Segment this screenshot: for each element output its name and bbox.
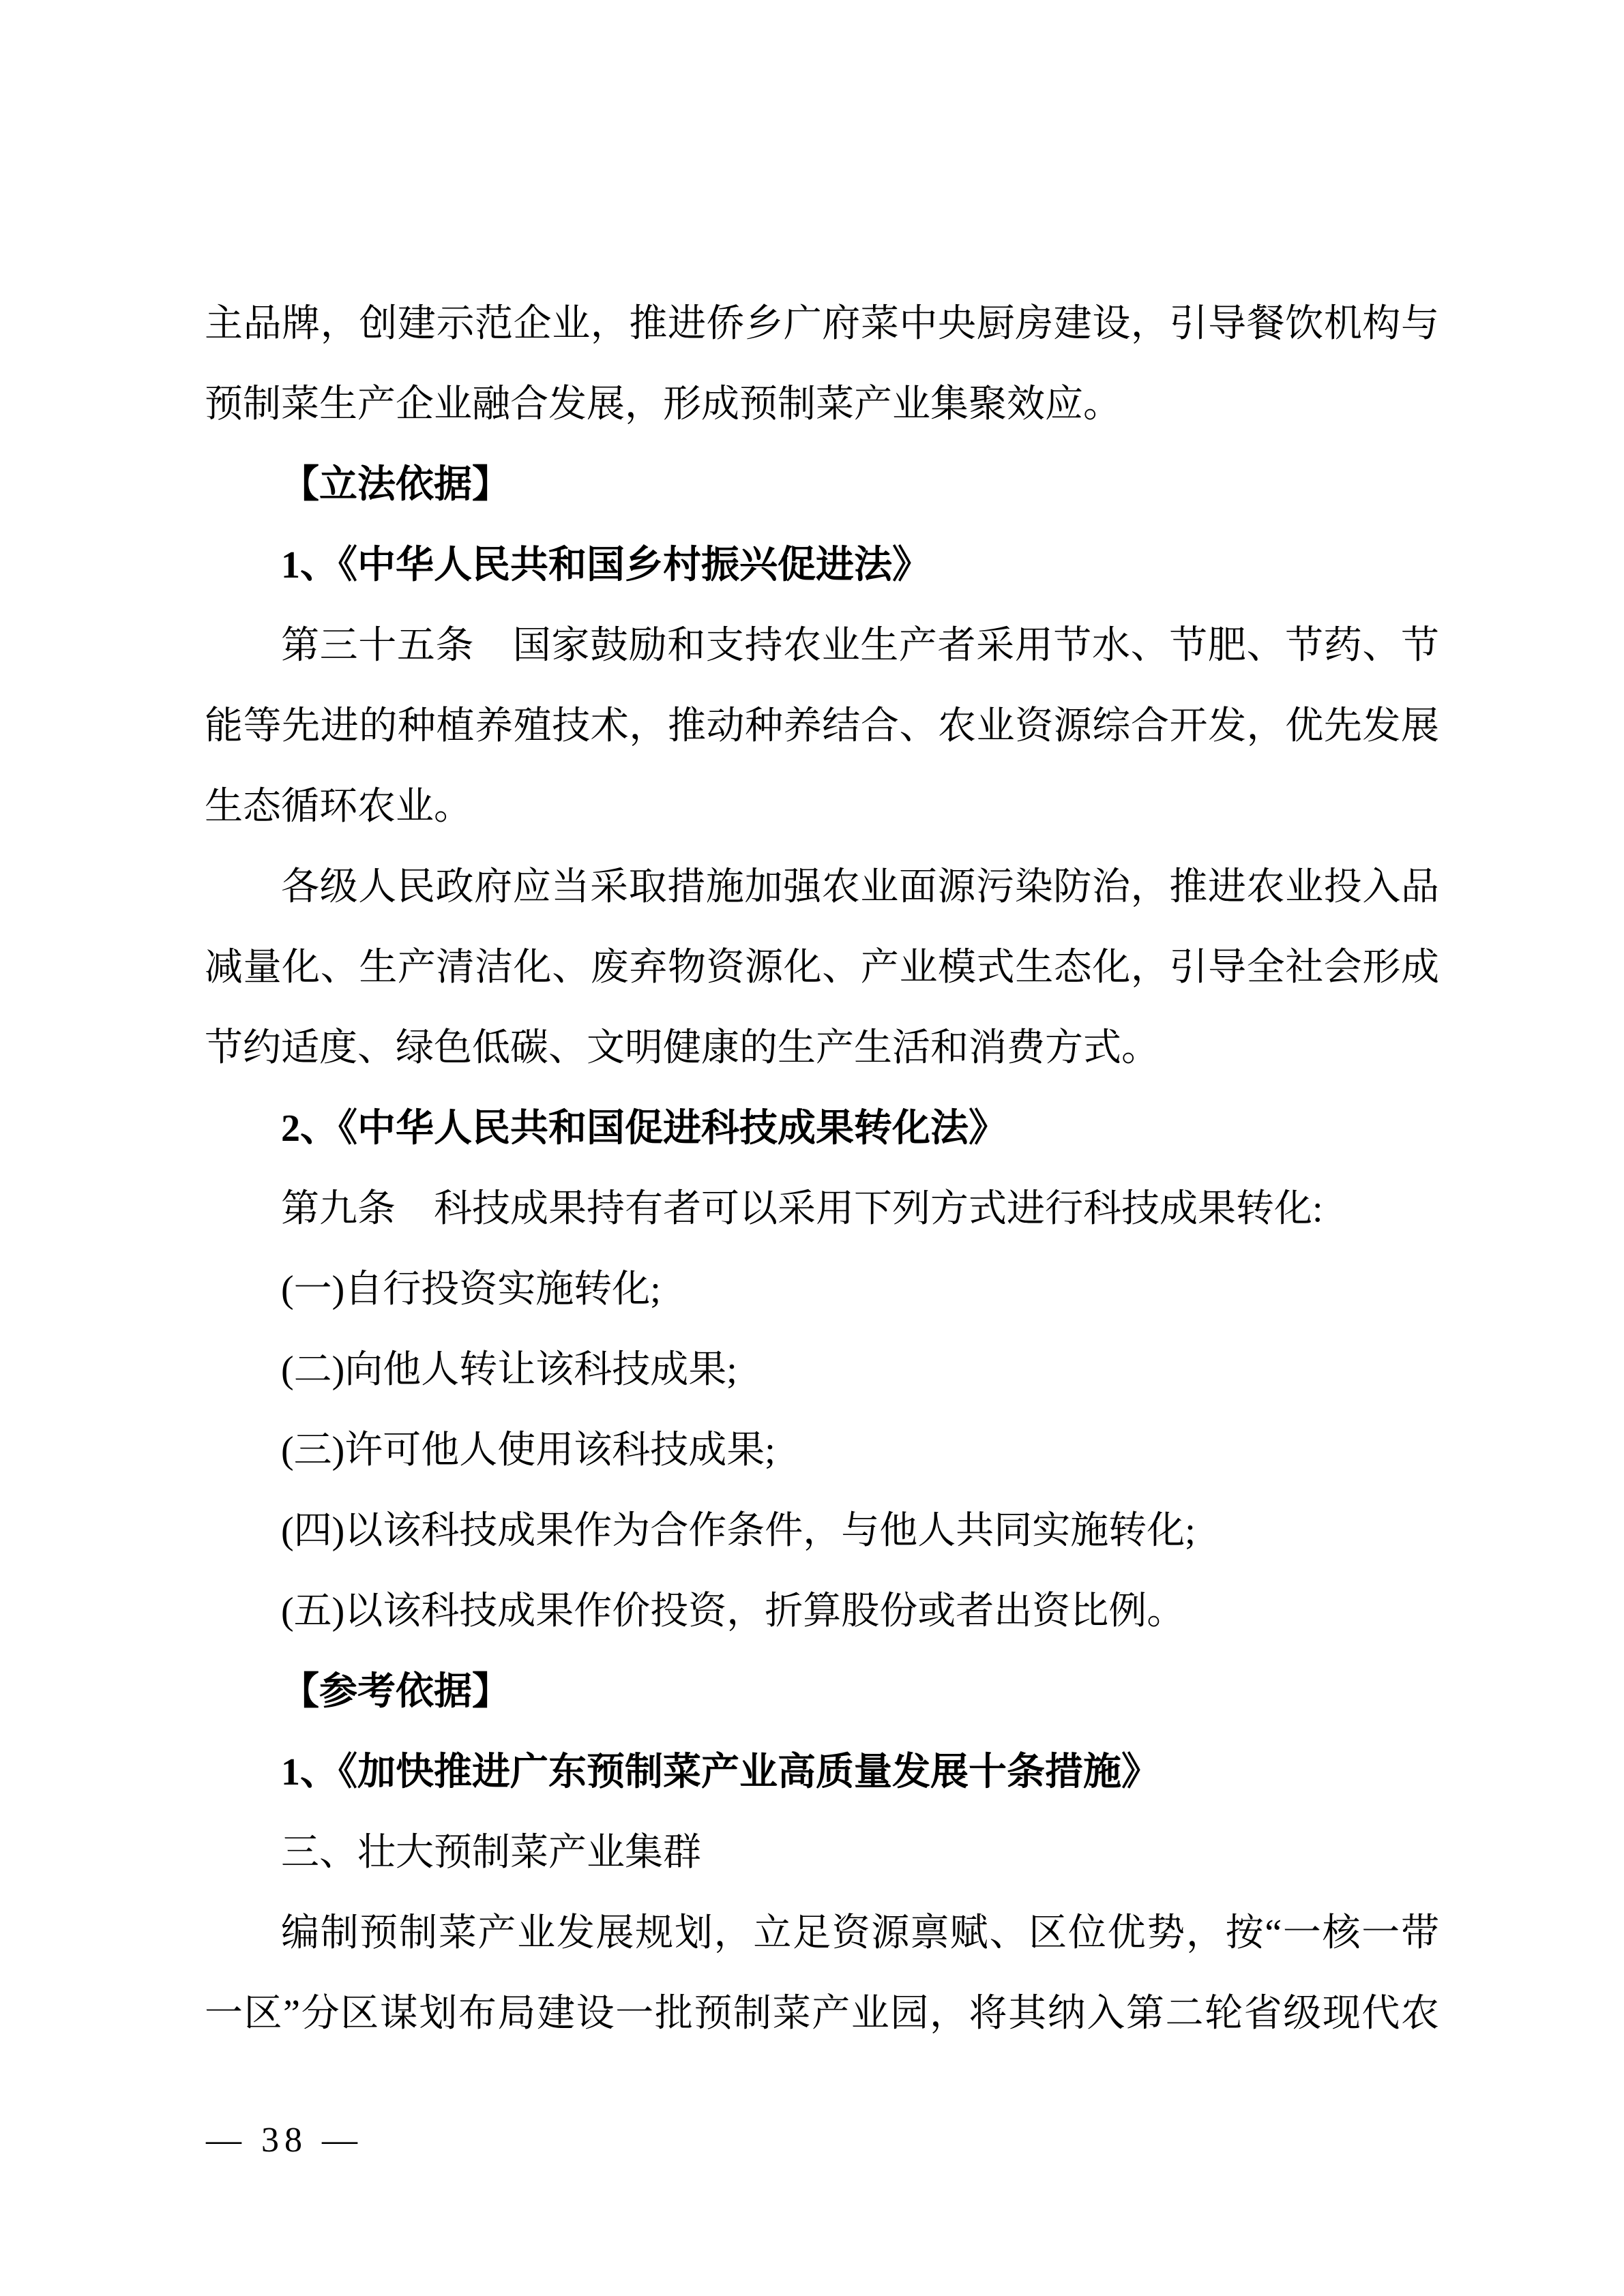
reference-1-paragraph-line-2: 一区”分区谋划布局建设一批预制菜产业园，将其纳入第二轮省级现代农	[205, 1973, 1439, 2054]
law-1-paragraph-2-line-1: 各级人民政府应当采取措施加强农业面源污染防治，推进农业投入品	[205, 847, 1439, 927]
law-1-paragraph-2-line-2: 减量化、生产清洁化、废弃物资源化、产业模式生态化，引导全社会形成	[205, 927, 1439, 1008]
intro-paragraph-line-1: 主品牌，创建示范企业，推进侨乡广府菜中央厨房建设，引导餐饮机构与	[205, 284, 1439, 364]
article-35-line-1: 第三十五条 国家鼓励和支持农业生产者采用节水、节肥、节药、节	[205, 606, 1439, 686]
article-9-intro: 第九条 科技成果持有者可以采用下列方式进行科技成果转化:	[205, 1169, 1439, 1249]
article-35-line-3: 生态循环农业。	[205, 766, 1439, 847]
article-9-item-3: (三)许可他人使用该科技成果;	[205, 1410, 1439, 1491]
article-35-line-2: 能等先进的种植养殖技术，推动种养结合、农业资源综合开发，优先发展	[205, 686, 1439, 766]
legislative-basis-heading: 【立法依据】	[205, 445, 1439, 525]
reference-basis-heading: 【参考依据】	[205, 1652, 1439, 1732]
law-1-paragraph-2-line-3: 节约适度、绿色低碳、文明健康的生产生活和消费方式。	[205, 1008, 1439, 1088]
article-9-item-5: (五)以该科技成果作价投资，折算股份或者出资比例。	[205, 1571, 1439, 1652]
article-9-item-2: (二)向他人转让该科技成果;	[205, 1330, 1439, 1410]
law-2-title: 2、《中华人民共和国促进科技成果转化法》	[205, 1088, 1439, 1169]
document-body: 主品牌，创建示范企业，推进侨乡广府菜中央厨房建设，引导餐饮机构与 预制菜生产企业…	[205, 284, 1439, 2054]
article-9-item-1: (一)自行投资实施转化;	[205, 1249, 1439, 1330]
intro-paragraph-line-2: 预制菜生产企业融合发展，形成预制菜产业集聚效应。	[205, 364, 1439, 445]
law-1-title: 1、《中华人民共和国乡村振兴促进法》	[205, 525, 1439, 606]
reference-1-paragraph-line-1: 编制预制菜产业发展规划，立足资源禀赋、区位优势，按“一核一带	[205, 1893, 1439, 1973]
reference-1-subheading: 三、壮大预制菜产业集群	[205, 1813, 1439, 1893]
document-page: 主品牌，创建示范企业，推进侨乡广府菜中央厨房建设，引导餐饮机构与 预制菜生产企业…	[0, 0, 1624, 2296]
article-9-item-4: (四)以该科技成果作为合作条件，与他人共同实施转化;	[205, 1491, 1439, 1571]
reference-1-title: 1、《加快推进广东预制菜产业高质量发展十条措施》	[205, 1732, 1439, 1813]
page-number: — 38 —	[206, 2119, 363, 2162]
